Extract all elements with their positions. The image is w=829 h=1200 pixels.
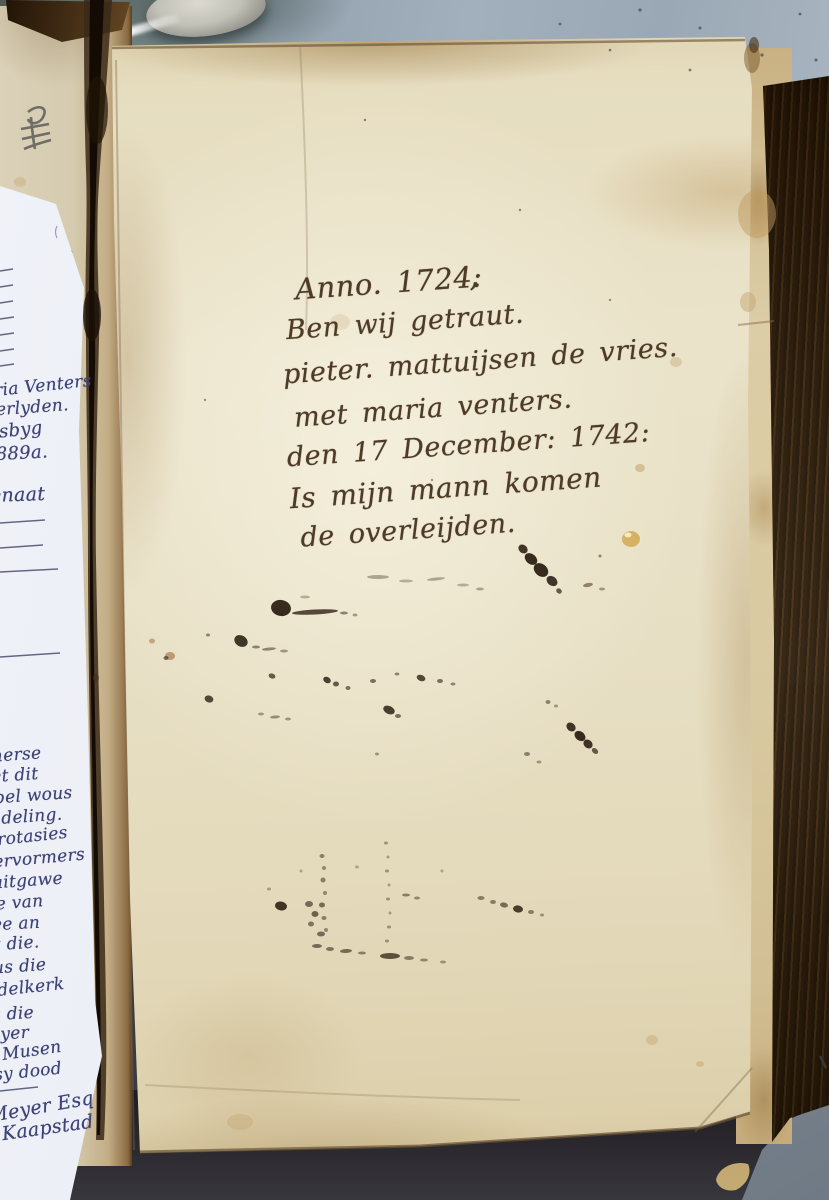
note-text: ie van bbox=[0, 891, 44, 915]
note-text: enaat bbox=[0, 483, 46, 507]
note-paper-ruled-lines bbox=[0, 0, 829, 1200]
note-text: s die bbox=[0, 1003, 35, 1025]
manuscript-inscription: Anno. 1724: , Ben wij getraut. pieter. m… bbox=[272, 244, 722, 573]
photo-of-open-antique-book: { "colors": { "background_table": "#9aa8… bbox=[0, 0, 829, 1200]
manuscript-line: de overleijden. bbox=[299, 508, 516, 554]
manuscript-line: Ben wij getraut. bbox=[285, 299, 525, 347]
note-text: 1889a. bbox=[0, 441, 49, 465]
note-text: it die. bbox=[0, 932, 40, 956]
ink-flourish: , bbox=[467, 256, 480, 295]
